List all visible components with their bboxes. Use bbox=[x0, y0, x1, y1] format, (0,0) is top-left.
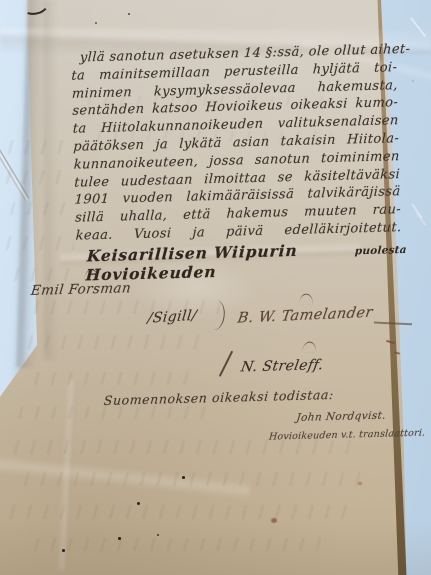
attestation-heading-suffix: puolesta bbox=[354, 244, 407, 257]
manuscript-body: yllä sanotun asetuksen 14 §:ssä, ole oll… bbox=[71, 41, 402, 245]
seal-notation: /Sigill/ bbox=[147, 308, 198, 327]
stain-spot bbox=[358, 482, 362, 485]
signature-tamelander: B. W. Tamelander bbox=[236, 305, 374, 327]
pen-flourish bbox=[21, 0, 50, 17]
certification-statement: Suomennoksen oikeaksi todistaa: bbox=[103, 387, 334, 408]
signature-emil-forsman: Emil Forsman bbox=[30, 280, 132, 299]
handwriting-layer: yllä sanotun asetuksen 14 §:ssä, ole oll… bbox=[0, 0, 431, 575]
pen-flourish bbox=[204, 299, 226, 331]
certifier-signature: John Nordqvist. bbox=[296, 410, 387, 424]
pen-flourish bbox=[374, 322, 412, 325]
ink-spot bbox=[157, 534, 159, 536]
stain-spot bbox=[271, 518, 277, 523]
photo-of-document: yllä sanotun asetuksen 14 §:ssä, ole oll… bbox=[0, 0, 431, 575]
paraph-flourish bbox=[299, 293, 314, 305]
ink-spot bbox=[137, 502, 140, 505]
certifier-title: Hovioikeuden v.t. translaattori. bbox=[268, 428, 425, 443]
paraph-flourish bbox=[302, 341, 317, 353]
ink-spot bbox=[95, 22, 97, 24]
ink-spot bbox=[62, 549, 65, 552]
pen-flourish bbox=[219, 351, 233, 377]
attestation-heading: Keisarillisen Wiipurin Hovioikeuden puol… bbox=[85, 238, 407, 284]
signature-streleff: N. Streleff. bbox=[240, 357, 325, 375]
ink-spot bbox=[128, 13, 130, 15]
ink-spot bbox=[182, 476, 185, 479]
attestation-heading-text: Keisarillisen Wiipurin Hovioikeuden bbox=[85, 239, 355, 284]
ink-spot bbox=[118, 537, 121, 540]
